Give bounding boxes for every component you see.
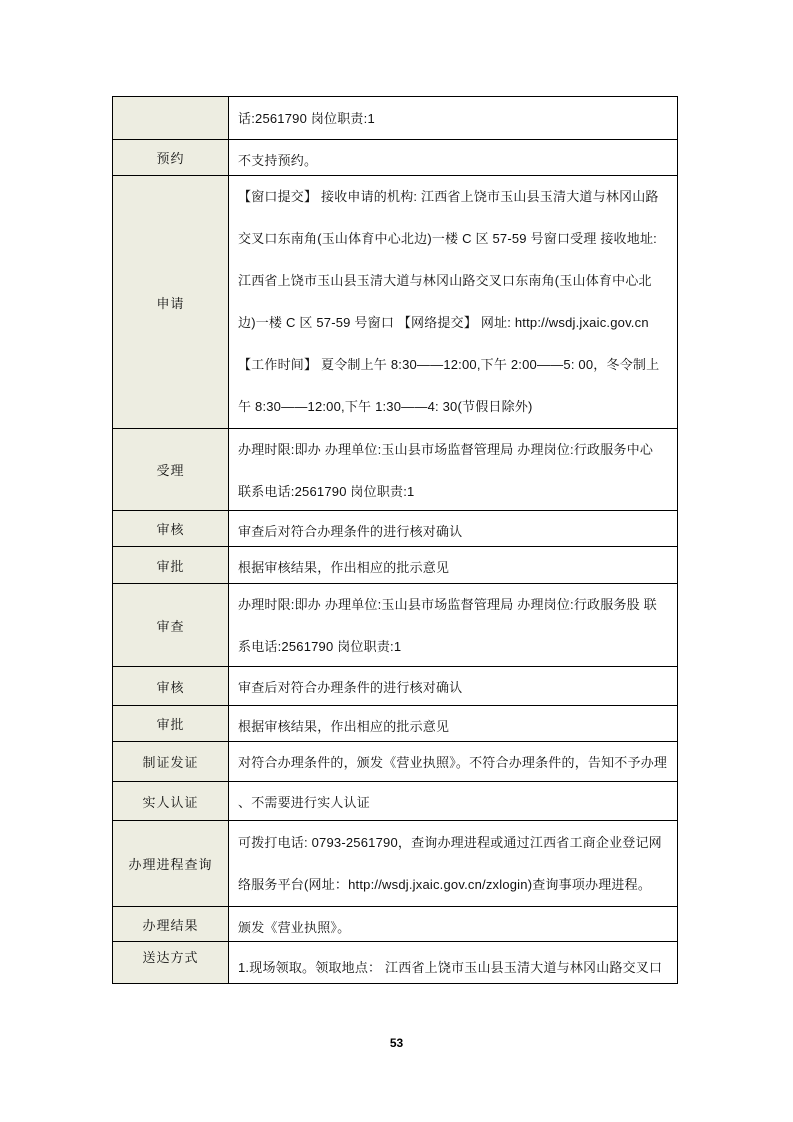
row-content-text: 1.现场领取。领取地点： 江西省上饶市玉山县玉清大道与林冈山路交叉口东南角(玉: [229, 943, 677, 983]
table-row: 预约 不支持预约。: [113, 140, 678, 176]
row-label: [113, 97, 229, 140]
row-label: 预约: [113, 140, 229, 176]
table-row: 受理 办理时限:即办 办理单位:玉山县市场监督管理局 办理岗位:行政服务中心 联…: [113, 429, 678, 511]
row-label: 审批: [113, 706, 229, 742]
row-label: 申请: [113, 176, 229, 429]
row-content: 1.现场领取。领取地点： 江西省上饶市玉山县玉清大道与林冈山路交叉口东南角(玉: [229, 942, 678, 984]
row-content-text: 办理时限:即办 办理单位:玉山县市场监督管理局 办理岗位:行政服务中心 联系电话…: [229, 429, 677, 510]
row-content: 话:2561790 岗位职责:1: [229, 97, 678, 140]
table-row: 办理进程查询 可拨打电话: 0793-2561790，查询办理进程或通过江西省工…: [113, 821, 678, 907]
row-content-text: 不支持预约。: [229, 140, 677, 175]
row-label: 制证发证: [113, 742, 229, 782]
row-content: 审查后对符合办理条件的进行核对确认: [229, 511, 678, 547]
page-number: 53: [0, 1036, 793, 1050]
table-row: 办理结果 颁发《营业执照》。: [113, 907, 678, 942]
row-content-text: 根据审核结果，作出相应的批示意见: [229, 706, 677, 741]
row-label: 办理结果: [113, 907, 229, 942]
row-content: 可拨打电话: 0793-2561790，查询办理进程或通过江西省工商企业登记网络…: [229, 821, 678, 907]
row-label: 审批: [113, 547, 229, 584]
row-label: 审查: [113, 584, 229, 667]
row-content: 不支持预约。: [229, 140, 678, 176]
row-content-text: 办理时限:即办 办理单位:玉山县市场监督管理局 办理岗位:行政服务股 联系电话:…: [229, 584, 677, 666]
row-content-text: 、不需要进行实人认证: [229, 782, 677, 820]
table-row: 话:2561790 岗位职责:1: [113, 97, 678, 140]
row-label: 审核: [113, 511, 229, 547]
table-row: 审批 根据审核结果，作出相应的批示意见: [113, 706, 678, 742]
row-content-text: 【窗口提交】 接收申请的机构: 江西省上饶市玉山县玉清大道与林冈山路交叉口东南角…: [229, 176, 677, 428]
table-row: 送达方式 1.现场领取。领取地点： 江西省上饶市玉山县玉清大道与林冈山路交叉口东…: [113, 942, 678, 984]
row-content-text: 颁发《营业执照》。: [229, 907, 677, 941]
row-label: 受理: [113, 429, 229, 511]
table-row: 制证发证 对符合办理条件的，颁发《营业执照》。不符合办理条件的，告知不予办理的理…: [113, 742, 678, 782]
procedure-table: 话:2561790 岗位职责:1 预约 不支持预约。 申请 【窗口提交】 接收申…: [112, 96, 678, 984]
row-content-text: 对符合办理条件的，颁发《营业执照》。不符合办理条件的，告知不予办理的理由。: [229, 742, 677, 781]
row-content-text: 根据审核结果，作出相应的批示意见: [229, 547, 677, 583]
table-row: 审核 审查后对符合办理条件的进行核对确认: [113, 511, 678, 547]
row-label: 办理进程查询: [113, 821, 229, 907]
row-label: 送达方式: [113, 942, 229, 984]
row-content-text: 审查后对符合办理条件的进行核对确认: [229, 511, 677, 546]
row-content: 根据审核结果，作出相应的批示意见: [229, 706, 678, 742]
table-row: 审查 办理时限:即办 办理单位:玉山县市场监督管理局 办理岗位:行政服务股 联系…: [113, 584, 678, 667]
table-row: 实人认证 、不需要进行实人认证: [113, 782, 678, 821]
row-content: 对符合办理条件的，颁发《营业执照》。不符合办理条件的，告知不予办理的理由。: [229, 742, 678, 782]
table-row: 申请 【窗口提交】 接收申请的机构: 江西省上饶市玉山县玉清大道与林冈山路交叉口…: [113, 176, 678, 429]
row-content-text: 话:2561790 岗位职责:1: [229, 98, 677, 139]
row-content: 颁发《营业执照》。: [229, 907, 678, 942]
row-content: 办理时限:即办 办理单位:玉山县市场监督管理局 办理岗位:行政服务股 联系电话:…: [229, 584, 678, 667]
row-content: 根据审核结果，作出相应的批示意见: [229, 547, 678, 584]
document-page: 话:2561790 岗位职责:1 预约 不支持预约。 申请 【窗口提交】 接收申…: [0, 0, 793, 1122]
row-label: 审核: [113, 667, 229, 706]
row-content: 办理时限:即办 办理单位:玉山县市场监督管理局 办理岗位:行政服务中心 联系电话…: [229, 429, 678, 511]
row-content-text: 审查后对符合办理条件的进行核对确认: [229, 667, 677, 705]
row-content: 、不需要进行实人认证: [229, 782, 678, 821]
table-row: 审核 审查后对符合办理条件的进行核对确认: [113, 667, 678, 706]
row-label: 实人认证: [113, 782, 229, 821]
row-content: 【窗口提交】 接收申请的机构: 江西省上饶市玉山县玉清大道与林冈山路交叉口东南角…: [229, 176, 678, 429]
table-row: 审批 根据审核结果，作出相应的批示意见: [113, 547, 678, 584]
row-content: 审查后对符合办理条件的进行核对确认: [229, 667, 678, 706]
row-content-text: 可拨打电话: 0793-2561790，查询办理进程或通过江西省工商企业登记网络…: [229, 822, 677, 906]
